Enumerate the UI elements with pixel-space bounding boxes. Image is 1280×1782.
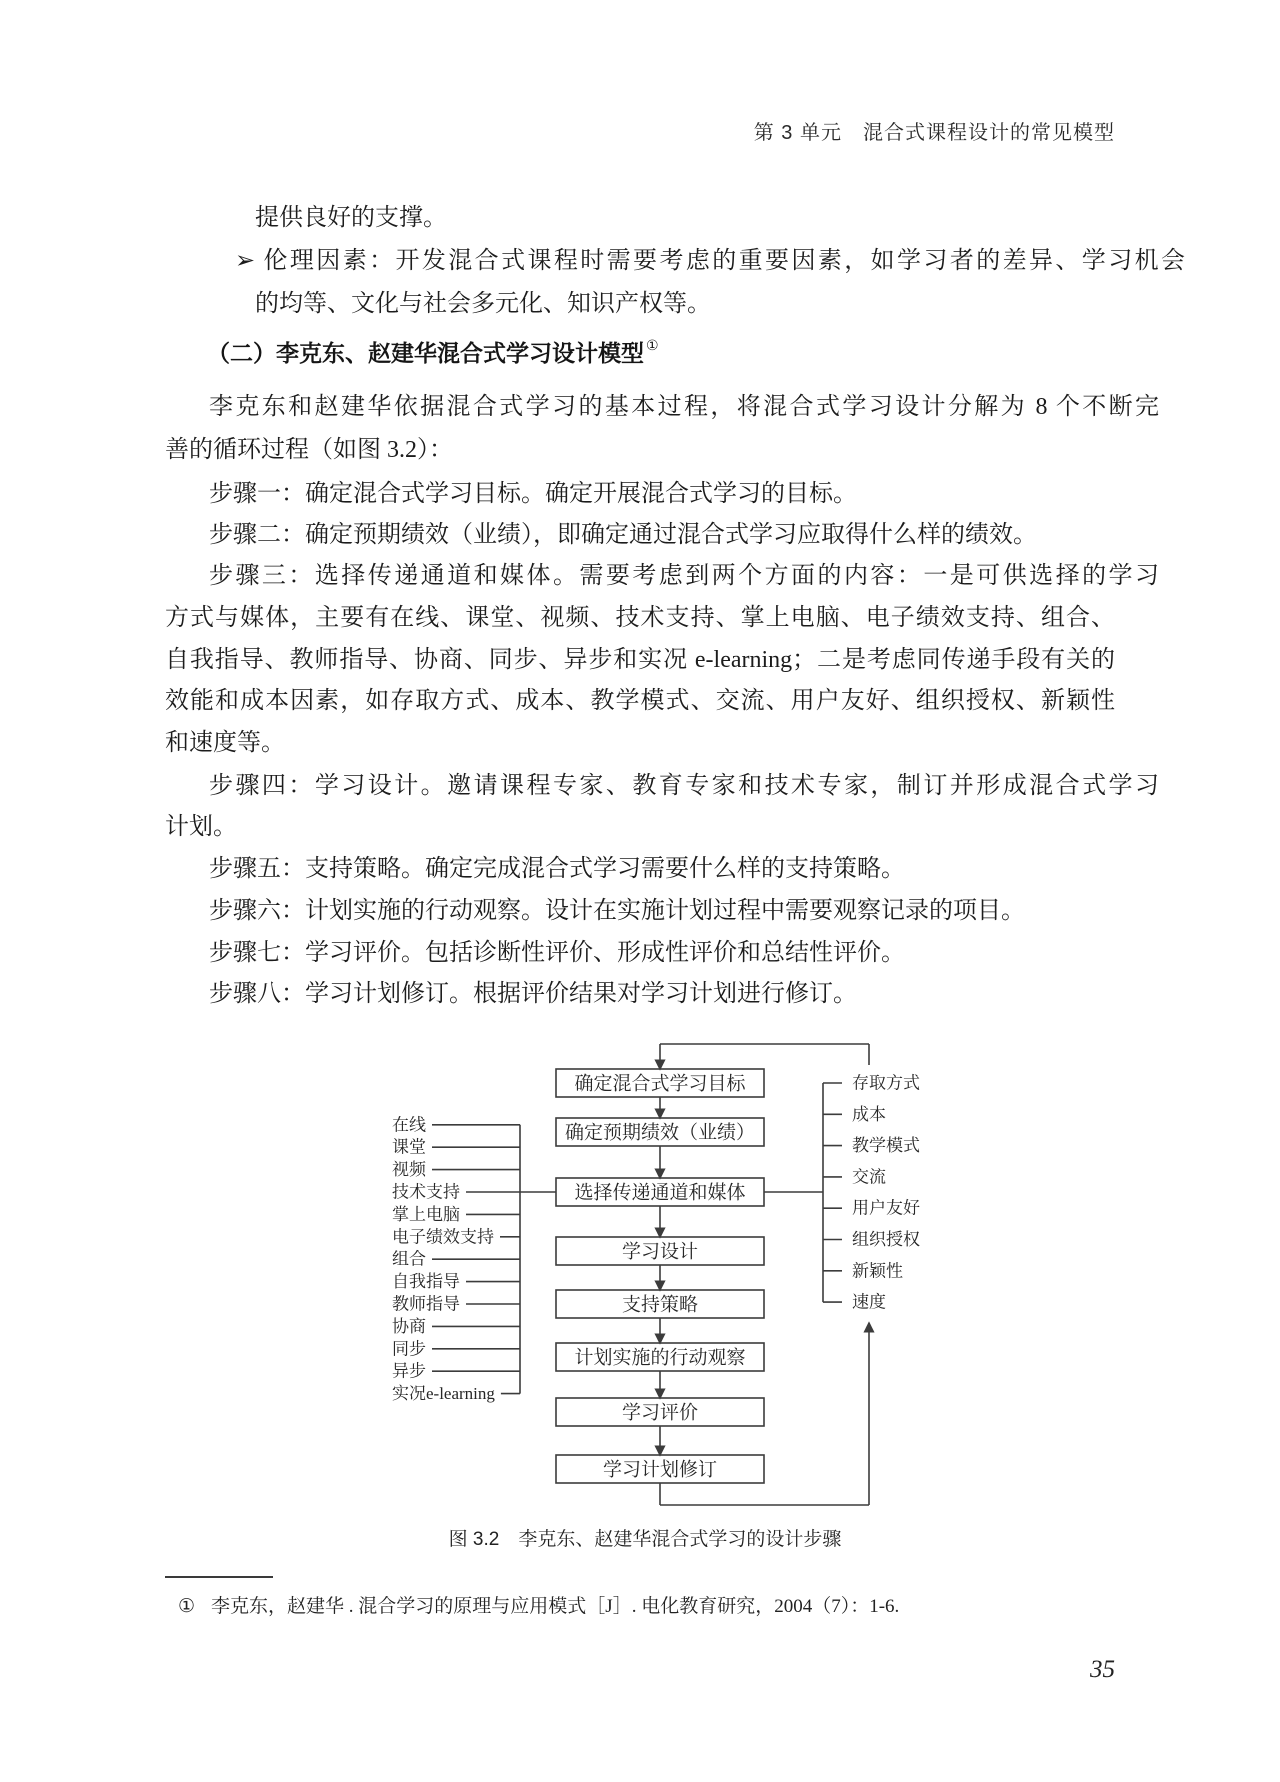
body-line-17: 步骤七：学习评价。包括诊断性评价、形成性评价和总结性评价。	[165, 938, 1159, 968]
body-line-12: 和速度等。	[165, 728, 1115, 758]
flow-step-4: 学习设计	[622, 1241, 698, 1263]
body-line-2: ➢ 伦理因素：开发混合式课程时需要考虑的重要因素，如学习者的差异、学习机会	[165, 246, 1185, 276]
section-heading: （二）李克东、赵建华混合式学习设计模型①	[207, 335, 657, 368]
body-line-13: 步骤四：学习设计。邀请课程专家、教育专家和技术专家，制订并形成混合式学习	[165, 771, 1159, 801]
body-line-1: 提供良好的支撑。	[165, 203, 1205, 233]
section-heading-text: （二）李克东、赵建华混合式学习设计模型	[207, 340, 644, 366]
left-option-13: 实况e-learning	[392, 1384, 495, 1403]
left-option-5: 掌上电脑	[392, 1205, 460, 1224]
footnote-text: 李克东，赵建华 . 混合学习的原理与应用模式［J］. 电化教育研究，2004（7…	[211, 1596, 899, 1617]
left-option-9: 教师指导	[392, 1294, 460, 1314]
flow-step-6: 计划实施的行动观察	[574, 1347, 745, 1369]
body-line-3: 的均等、文化与社会多元化、知识产权等。	[165, 289, 1205, 319]
flow-step-3: 选择传递通道和媒体	[574, 1182, 745, 1204]
left-option-7: 组合	[392, 1250, 426, 1269]
flow-step-1: 确定混合式学习目标	[574, 1073, 746, 1095]
right-factor-2: 成本	[852, 1105, 886, 1124]
footnote: ①李克东，赵建华 . 混合学习的原理与应用模式［J］. 电化教育研究，2004（…	[178, 1591, 1078, 1618]
right-factor-5: 用户友好	[852, 1199, 920, 1218]
left-option-10: 协商	[392, 1317, 426, 1336]
right-factor-1: 存取方式	[852, 1074, 920, 1093]
body-line-16: 步骤六：计划实施的行动观察。设计在实施计划过程中需要观察记录的项目。	[165, 896, 1159, 926]
right-factor-7: 新颖性	[852, 1261, 903, 1280]
page-number: 35	[165, 1656, 1115, 1684]
figure-3-2-flowchart: 确定混合式学习目标确定预期绩效（业绩）选择传递通道和媒体学习设计支持策略计划实施…	[340, 1030, 940, 1520]
figure-caption: 图 3.2 李克东、赵建华混合式学习的设计步骤	[340, 1524, 950, 1551]
right-factor-3: 教学模式	[852, 1136, 920, 1155]
flow-step-5: 支持策略	[622, 1294, 698, 1316]
left-option-3: 视频	[392, 1160, 427, 1179]
flow-step-2: 确定预期绩效（业绩）	[565, 1122, 755, 1144]
body-line-11: 效能和成本因素，如存取方式、成本、教学模式、交流、用户友好、组织授权、新颖性	[165, 686, 1115, 716]
left-option-1: 在线	[392, 1115, 426, 1134]
body-line-8: 步骤三：选择传递通道和媒体。需要考虑到两个方面的内容：一是可供选择的学习	[165, 561, 1159, 591]
body-line-14: 计划。	[165, 812, 1115, 842]
right-factor-8: 速度	[852, 1293, 886, 1312]
body-line-5: 善的循环过程（如图 3.2）：	[165, 435, 1115, 465]
flow-step-7: 学习评价	[622, 1402, 698, 1424]
footnote-divider	[165, 1576, 273, 1578]
running-header: 第 3 单元 混合式课程设计的常见模型	[165, 116, 1115, 145]
body-line-15: 步骤五：支持策略。确定完成混合式学习需要什么样的支持策略。	[165, 854, 1159, 884]
document-page: 第 3 单元 混合式课程设计的常见模型 提供良好的支撑。➢ 伦理因素：开发混合式…	[0, 0, 1280, 1782]
body-line-4: 李克东和赵建华依据混合式学习的基本过程，将混合式学习设计分解为 8 个不断完	[165, 392, 1159, 422]
left-option-2: 课堂	[392, 1138, 426, 1157]
figure-3-2: 确定混合式学习目标确定预期绩效（业绩）选择传递通道和媒体学习设计支持策略计划实施…	[340, 1030, 940, 1520]
body-line-9: 方式与媒体，主要有在线、课堂、视频、技术支持、掌上电脑、电子绩效支持、组合、	[165, 603, 1115, 633]
left-option-11: 同步	[392, 1339, 426, 1358]
left-option-8: 自我指导	[392, 1272, 460, 1291]
footnote-reference-mark: ①	[646, 337, 659, 353]
body-line-18: 步骤八：学习计划修订。根据评价结果对学习计划进行修订。	[165, 979, 1159, 1009]
right-factor-4: 交流	[852, 1167, 886, 1186]
left-option-6: 电子绩效支持	[392, 1227, 494, 1246]
footnote-marker: ①	[178, 1596, 195, 1617]
body-line-10: 自我指导、教师指导、协商、同步、异步和实况 e-learning；二是考虑同传递…	[165, 645, 1115, 675]
right-factor-6: 组织授权	[852, 1230, 920, 1249]
body-line-7: 步骤二：确定预期绩效（业绩），即确定通过混合式学习应取得什么样的绩效。	[165, 520, 1159, 550]
left-option-4: 技术支持	[392, 1183, 460, 1202]
body-line-6: 步骤一：确定混合式学习目标。确定开展混合式学习的目标。	[165, 479, 1159, 509]
left-option-12: 异步	[392, 1362, 426, 1381]
flow-step-8: 学习计划修订	[603, 1459, 717, 1481]
